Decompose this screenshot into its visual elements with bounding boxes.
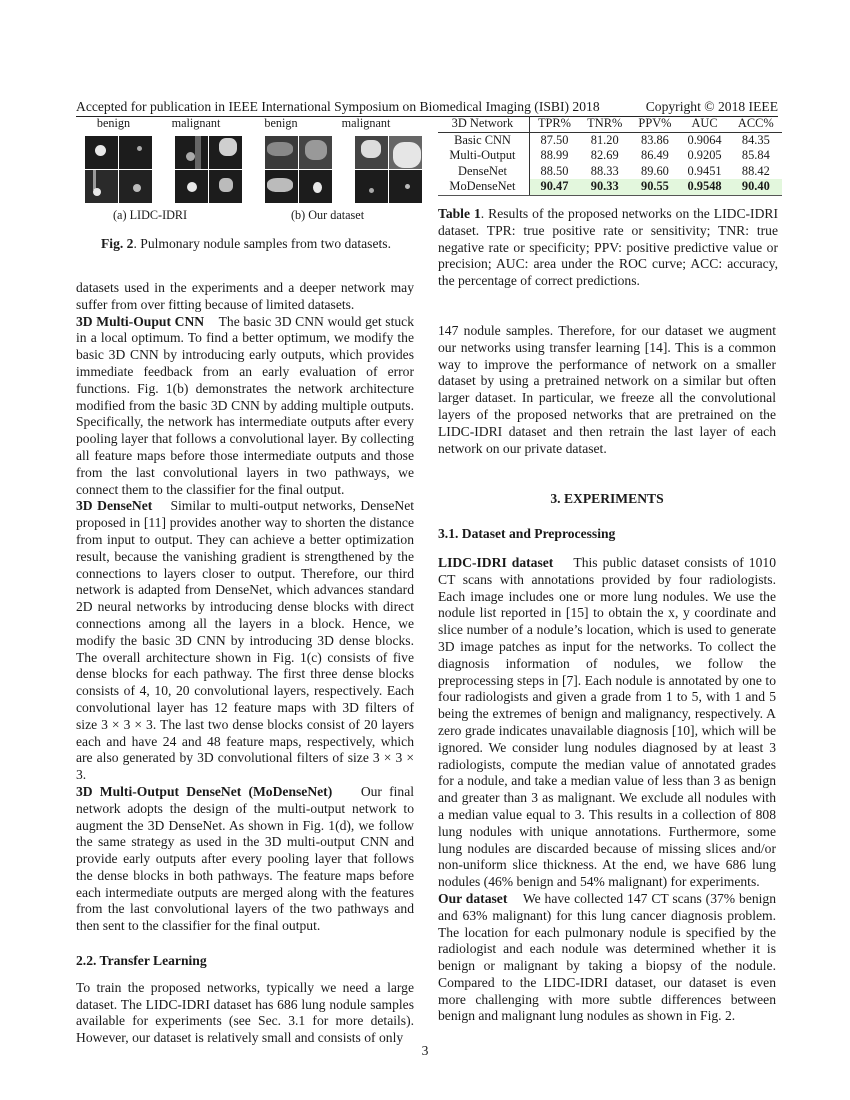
nodule-image: [389, 136, 422, 169]
table-cell-highlight: 90.55: [630, 179, 679, 195]
nodule-image: [299, 170, 332, 203]
nodule-image: [355, 136, 388, 169]
lidc-malignant-images: [175, 136, 242, 203]
table-cell: 83.86: [630, 132, 679, 148]
table-cell-highlight: 90.40: [730, 179, 782, 195]
label-benign-a: benign: [76, 116, 151, 132]
nodule-image: [209, 170, 242, 203]
paragraph-body: Similar to multi-output networks, DenseN…: [76, 498, 414, 782]
nodule-image: [175, 170, 208, 203]
table-header: PPV%: [630, 116, 679, 132]
paragraph-body: We have collected 147 CT scans (37% beni…: [438, 891, 776, 1024]
nodule-image: [85, 170, 118, 203]
our-malignant-images: [355, 136, 422, 203]
table-cell: 88.42: [730, 164, 782, 180]
paragraph: 3D Multi-Output DenseNet (MoDenseNet) Ou…: [76, 784, 414, 935]
table-cell-highlight: 0.9548: [679, 179, 729, 195]
table-cell: Basic CNN: [438, 132, 529, 148]
table-cell: 85.84: [730, 148, 782, 164]
paragraph-body: This public dataset consists of 1010 CT …: [438, 555, 776, 889]
table-cell: 88.33: [579, 164, 630, 180]
subfigure-a-label: (a) LIDC-IDRI: [113, 208, 187, 223]
paragraph-heading: LIDC-IDRI dataset: [438, 555, 553, 570]
nodule-image: [389, 170, 422, 203]
label-malignant-a: malignant: [151, 116, 241, 132]
paragraph-heading: 3D DenseNet: [76, 498, 152, 513]
nodule-image: [119, 136, 152, 169]
table-cell: 84.35: [730, 132, 782, 148]
table-caption: Table 1. Results of the proposed network…: [438, 206, 778, 290]
left-column: datasets used in the experiments and a d…: [76, 280, 414, 1047]
table-cell: 0.9205: [679, 148, 729, 164]
paragraph-heading: Our dataset: [438, 891, 507, 906]
nodule-image: [119, 170, 152, 203]
paragraph-body: Our final network adopts the design of t…: [76, 784, 414, 933]
table-cell: 87.50: [529, 132, 579, 148]
table-cell: 88.50: [529, 164, 579, 180]
section-heading-3: 3. EXPERIMENTS: [438, 491, 776, 508]
label-benign-b: benign: [241, 116, 321, 132]
nodule-image: [209, 136, 242, 169]
paragraph-heading: 3D Multi-Output DenseNet (MoDenseNet): [76, 784, 332, 799]
paragraph: 3D DenseNet Similar to multi-output netw…: [76, 498, 414, 784]
header-copyright: Copyright © 2018 IEEE: [646, 99, 778, 115]
our-benign-images: [265, 136, 332, 203]
figure-column-labels: benign malignant benign malignant: [76, 116, 416, 132]
table-cell: 0.9064: [679, 132, 729, 148]
table-cell: MoDenseNet: [438, 179, 529, 195]
nodule-image: [175, 136, 208, 169]
nodule-image: [265, 136, 298, 169]
subfigure-b-label: (b) Our dataset: [291, 208, 364, 223]
table-caption-text: . Results of the proposed networks on th…: [438, 206, 778, 288]
paragraph: 3D Multi-Ouput CNN The basic 3D CNN woul…: [76, 314, 414, 499]
table-cell: 81.20: [579, 132, 630, 148]
nodule-image-grid: [85, 136, 416, 203]
table-cell: 89.60: [630, 164, 679, 180]
table-row-best: MoDenseNet 90.47 90.33 90.55 0.9548 90.4…: [438, 179, 782, 195]
right-column: 147 nodule samples. Therefore, for our d…: [438, 323, 776, 1025]
paragraph: LIDC-IDRI dataset This public dataset co…: [438, 555, 776, 891]
table-header: AUC: [679, 116, 729, 132]
nodule-image: [265, 170, 298, 203]
figure-2: benign malignant benign malignant: [76, 116, 416, 203]
table-header: 3D Network: [438, 116, 529, 132]
table-row: Basic CNN 87.50 81.20 83.86 0.9064 84.35: [438, 132, 782, 148]
table-cell: DenseNet: [438, 164, 529, 180]
paragraph-body: The basic 3D CNN would get stuck in a lo…: [76, 314, 414, 497]
nodule-image: [85, 136, 118, 169]
paragraph: 147 nodule samples. Therefore, for our d…: [438, 323, 776, 457]
paragraph-heading: 3D Multi-Ouput CNN: [76, 314, 204, 329]
table-header: TNR%: [579, 116, 630, 132]
table-row: Multi-Output 88.99 82.69 86.49 0.9205 85…: [438, 148, 782, 164]
section-heading-3-1: 3.1. Dataset and Preprocessing: [438, 526, 776, 543]
header-venue: Accepted for publication in IEEE Interna…: [76, 99, 600, 115]
page-number: 3: [0, 1043, 850, 1059]
results-table: 3D Network TPR% TNR% PPV% AUC ACC% Basic…: [438, 116, 782, 196]
nodule-image: [355, 170, 388, 203]
table-header-row: 3D Network TPR% TNR% PPV% AUC ACC%: [438, 116, 782, 132]
table-cell: 88.99: [529, 148, 579, 164]
table-cell: 82.69: [579, 148, 630, 164]
table-cell: Multi-Output: [438, 148, 529, 164]
nodule-image: [299, 136, 332, 169]
figure-caption-text: . Pulmonary nodule samples from two data…: [133, 236, 391, 251]
table-cell-highlight: 90.33: [579, 179, 630, 195]
table-row: DenseNet 88.50 88.33 89.60 0.9451 88.42: [438, 164, 782, 180]
figure-caption: Fig. 2. Pulmonary nodule samples from tw…: [76, 236, 416, 252]
label-malignant-b: malignant: [321, 116, 411, 132]
paragraph: To train the proposed networks, typicall…: [76, 980, 414, 1047]
table-cell-highlight: 90.47: [529, 179, 579, 195]
table-header: ACC%: [730, 116, 782, 132]
table-cell: 86.49: [630, 148, 679, 164]
lidc-benign-images: [85, 136, 152, 203]
table-cell: 0.9451: [679, 164, 729, 180]
table-header: TPR%: [529, 116, 579, 132]
running-header: Accepted for publication in IEEE Interna…: [76, 99, 778, 115]
paragraph: Our dataset We have collected 147 CT sca…: [438, 891, 776, 1025]
section-heading-2-2: 2.2. Transfer Learning: [76, 953, 414, 970]
figure-caption-label: Fig. 2: [101, 236, 133, 251]
table-caption-label: Table 1: [438, 206, 481, 221]
paragraph: datasets used in the experiments and a d…: [76, 280, 414, 314]
